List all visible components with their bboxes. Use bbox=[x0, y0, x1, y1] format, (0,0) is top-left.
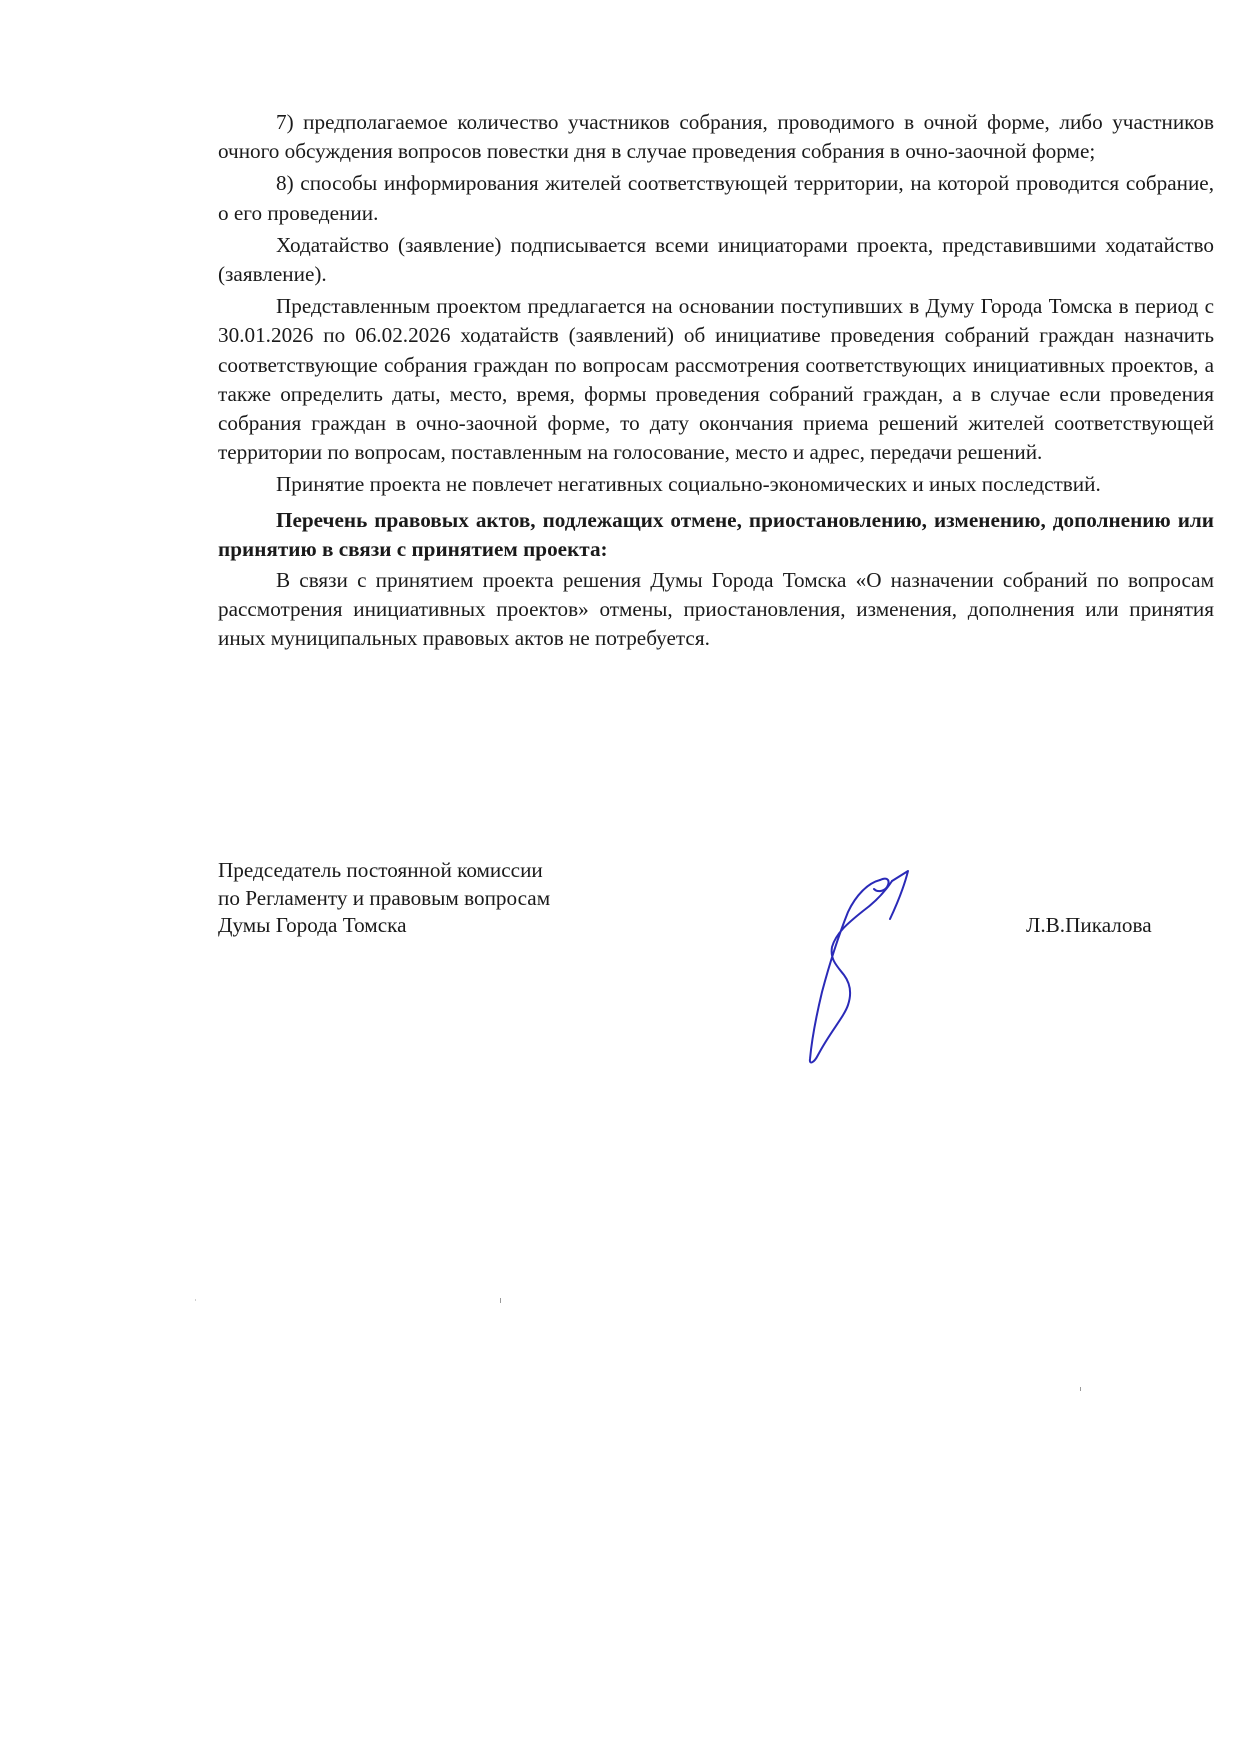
signatory-position: Председатель постоянной комиссии по Регл… bbox=[218, 857, 550, 940]
legal-acts-heading: Перечень правовых актов, подлежащих отме… bbox=[218, 506, 1214, 564]
paragraph-legal-acts-body: В связи с принятием проекта решения Думы… bbox=[218, 566, 1214, 654]
scan-speck bbox=[1080, 1387, 1081, 1391]
signatory-position-line-3: Думы Города Томска bbox=[218, 912, 550, 940]
paragraph-project-proposal: Представленным проектом предлагается на … bbox=[218, 292, 1214, 467]
signatory-name: Л.В.Пикалова bbox=[1026, 912, 1152, 940]
paragraph-item-7: 7) предполагаемое количество участников … bbox=[218, 108, 1214, 166]
handwritten-signature-icon bbox=[808, 867, 918, 1072]
signatory-position-line-1: Председатель постоянной комиссии bbox=[218, 857, 550, 885]
paragraph-item-8: 8) способы информирования жителей соотве… bbox=[218, 169, 1214, 227]
paragraph-consequences: Принятие проекта не повлечет негативных … bbox=[218, 470, 1214, 499]
document-page: 7) предполагаемое количество участников … bbox=[0, 0, 1240, 1753]
signatory-position-line-2: по Регламенту и правовым вопросам bbox=[218, 885, 550, 913]
scan-speck bbox=[500, 1298, 501, 1303]
document-body: 7) предполагаемое количество участников … bbox=[218, 108, 1214, 657]
scan-speck bbox=[195, 1299, 196, 1301]
paragraph-petition-signing: Ходатайство (заявление) подписывается вс… bbox=[218, 231, 1214, 289]
signature-block: Председатель постоянной комиссии по Регл… bbox=[218, 857, 1214, 1077]
